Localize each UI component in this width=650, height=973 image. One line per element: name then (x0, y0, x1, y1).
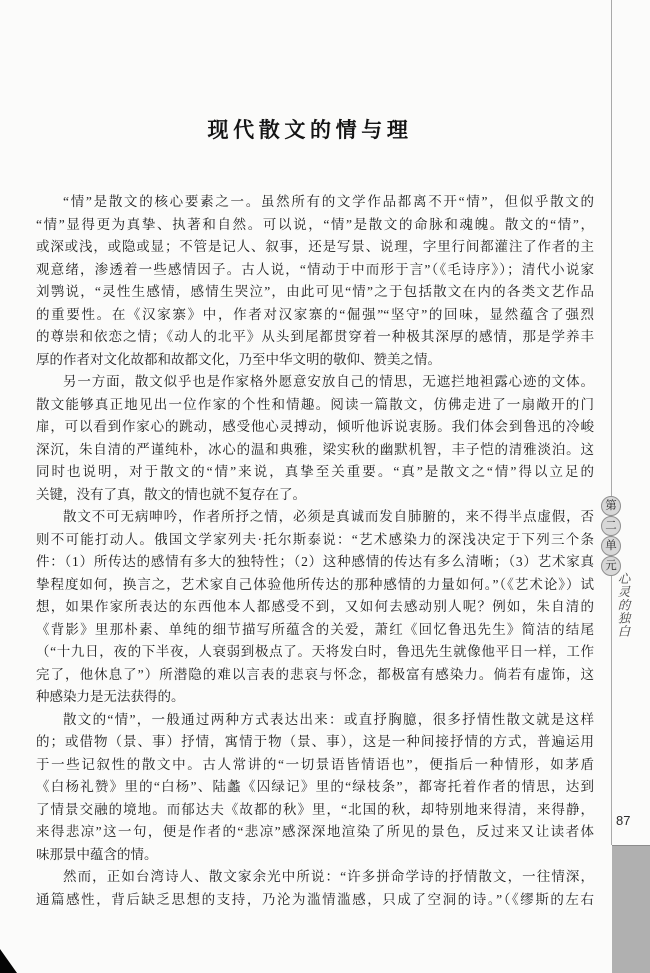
unit-badge-char: 第 (601, 496, 621, 516)
text-line: 同时也说明，对于散文的“情”来说，真挚至关重要。“真”是散文之“情”得以立足的 (36, 461, 594, 484)
text-line: 扉，可以看到作家心的跳动，感受他心灵搏动，倾听他诉说衷肠。我们体会到鲁迅的冷峻 (36, 416, 594, 439)
paragraph: 散文的“情”，一般通过两种方式表达出来：或直抒胸臆，很多抒情性散文就是这样的；或… (36, 709, 594, 867)
page-title: 现代散文的情与理 (30, 114, 590, 144)
page-corner-fold (0, 949, 17, 973)
text-line: 《白杨礼赞》里的“白杨”、陆蠡《囚绿记》里的“绿枝条”，都寄托着作者的情思，达到 (36, 776, 594, 799)
text-line: 散文的“情”，一般通过两种方式表达出来：或直抒胸臆，很多抒情性散文就是这样 (36, 709, 594, 732)
text-line: 或深或浅，或隐或显；不管是记人、叙事，还是写景、说理，字里行间都灌注了作者的主 (36, 236, 594, 259)
text-line: 了情景交融的境地。而郁达夫《故都的秋》里，“北国的秋，却特别地来得清，来得静， (36, 799, 594, 822)
text-line: 厚的作者对文化故都和故都文化，乃至中华文明的敬仰、赞美之情。 (36, 349, 594, 372)
text-line: 则不可能打动人。俄国文学家列夫·托尔斯泰说：“艺术感染力的深浅决定于下列三个条 (36, 529, 594, 552)
unit-badge-char: 单 (601, 536, 621, 556)
text-line: 想，如果作家所表达的东西他本人都感受不到，又如何去感动别人呢？例如，朱自清的 (36, 596, 594, 619)
text-line: 味那景中蕴含的情。 (36, 844, 594, 867)
page-number: 87 (616, 813, 630, 828)
text-line: “情”是散文的核心要素之一。虽然所有的文学作品都离不开“情”，但似乎散文的 (36, 191, 594, 214)
text-line: 散文不可无病呻吟，作者所抒之情，必须是真诚而发自肺腑的，来不得半点虚假，否 (36, 506, 594, 529)
text-line: 件：（1）所传达的感情有多大的独特性；（2）这种感情的传达有多么清晰；（3）艺术… (36, 551, 594, 574)
text-line: 关键，没有了真，散文的情也就不复存在了。 (36, 484, 594, 507)
text-line: 观意绪，渗透着一些感情因子。古人说，“情动于中而形于言”（《毛诗序》）；清代小说… (36, 259, 594, 282)
text-line: 的尊崇和依恋之情；《动人的北平》从头到尾都贯穿着一种极其深厚的感情，那是学养丰 (36, 326, 594, 349)
paragraph: 散文不可无病呻吟，作者所抒之情，必须是真诚而发自肺腑的，来不得半点虚假，否则不可… (36, 506, 594, 709)
text-line: 的；或借物（景、事）抒情，寓情于物（景、事），这是一种间接抒情的方式，普遍运用 (36, 731, 594, 754)
text-line: 然而，正如台湾诗人、散文家余光中所说：“许多拼命学诗的抒情散文，一往情深， (36, 866, 594, 889)
text-line: 深沉，朱自清的严谨纯朴，冰心的温和典雅，梁实秋的幽默机智，丰子恺的清雅淡泊。这 (36, 439, 594, 462)
text-line: 通篇感性，背后缺乏思想的支持，乃沦为滥情滥感，只成了空洞的诗。”（《缪斯的左右 (36, 889, 594, 912)
paragraph: 然而，正如台湾诗人、散文家余光中所说：“许多拼命学诗的抒情散文，一往情深，通篇感… (36, 866, 594, 911)
unit-badge-char: 二 (601, 516, 621, 536)
unit-thumb-tab (612, 845, 650, 973)
body-text: “情”是散文的核心要素之一。虽然所有的文学作品都离不开“情”，但似乎散文的“情”… (36, 191, 594, 911)
book-page: { "title": "现代散文的情与理", "page_number": "8… (0, 0, 650, 973)
text-line: 完了，他休息了”）所潜隐的难以言表的悲哀与怀念，都极富有感染力。倘若有虚饰，这 (36, 664, 594, 687)
text-line: 刘鹗说，“灵性生感情，感情生哭泣”，由此可见“情”之于包括散文在内的各类文艺作品 (36, 281, 594, 304)
text-line: 散文能够真正地见出一位作家的个性和情趣。阅读一篇散文，仿佛走进了一扇敞开的门 (36, 394, 594, 417)
sidebar-divider (611, 0, 612, 845)
text-line: 挚程度如何，换言之，艺术家自己体验他所传达的那种感情的力量如何。”（《艺术论》）… (36, 574, 594, 597)
paragraph: 另一方面，散文似乎也是作家格外愿意安放自己的情思，无遮拦地袒露心迹的文体。散文能… (36, 371, 594, 506)
text-line: 的重要性。在《汉家寨》中，作者对汉家寨的“倔强”“坚守”的回味，显然蕴含了强烈 (36, 304, 594, 327)
text-line: 《背影》里那朴素、单纯的细节描写所蕴含的关爱，萧红《回忆鲁迅先生》简洁的结尾 (36, 619, 594, 642)
text-line: （“十九日，夜的下半夜，人衰弱到极点了。天将发白时，鲁迅先生就像他平日一样，工作 (36, 641, 594, 664)
text-line: 种感染力是无法获得的。 (36, 686, 594, 709)
text-line: 来得悲凉”这一句，便是作者的“悲凉”感深深地渲染了所见的景色，反过来又让读者体 (36, 821, 594, 844)
unit-badge-column: 第二单元 (601, 496, 621, 576)
paragraph: “情”是散文的核心要素之一。虽然所有的文学作品都离不开“情”，但似乎散文的“情”… (36, 191, 594, 371)
unit-title-vertical: 心灵的独白 (614, 572, 632, 638)
text-line: 另一方面，散文似乎也是作家格外愿意安放自己的情思，无遮拦地袒露心迹的文体。 (36, 371, 594, 394)
text-line: 于一些记叙性的散文中。古人常讲的“一切景语皆情语也”，便指后一种情形，如茅盾 (36, 754, 594, 777)
text-line: “情”显得更为真挚、执著和自然。可以说，“情”是散文的命脉和魂魄。散文的“情”， (36, 214, 594, 237)
